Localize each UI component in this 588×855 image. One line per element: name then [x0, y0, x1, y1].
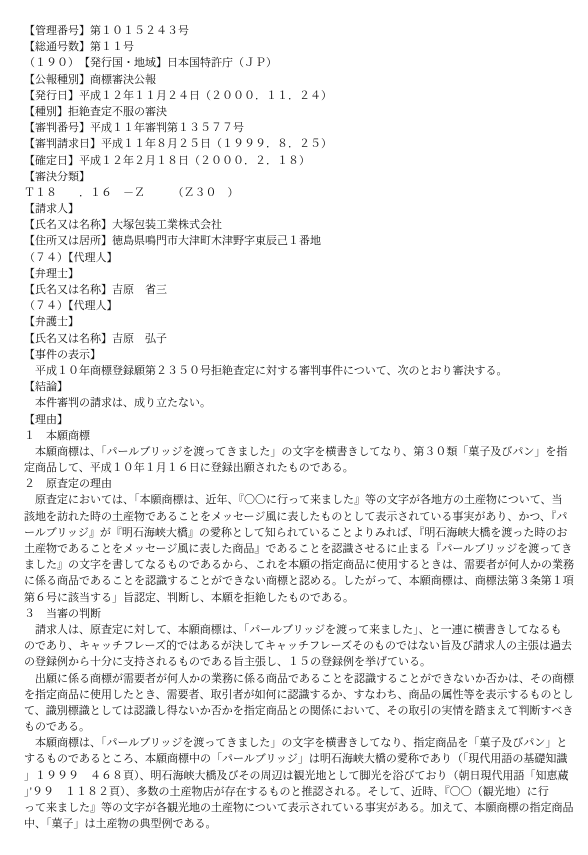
- document-line: って来ました』等の文字が各観光地の土産物について表示されている事実がある。加えて…: [24, 800, 574, 816]
- document-line: 【氏名又は名称】大塚包装工業株式会社: [24, 217, 574, 233]
- document-line: ２ 原査定の理由: [24, 476, 574, 492]
- document-line: 中、「菓子」は土産物の典型例である。: [24, 816, 574, 832]
- document-line: 【理由】: [24, 412, 574, 428]
- document-line: 本願商標は、「パールブリッジを渡ってきました」の文字を横書きしてなり、指定商品を…: [24, 735, 574, 751]
- document-line: （７４）【代理人】: [24, 298, 574, 314]
- document-line: 出願に係る商標が需要者が何人かの業務に係る商品であることを認識することができない…: [24, 671, 574, 687]
- document-line: １ 本願商標: [24, 428, 574, 444]
- document-line: 」１９９９ ４６８頁）、明石海峡大橋及びその周辺は観光地として脚光を浴びており（…: [24, 768, 574, 784]
- document-line: 【審決分類】: [24, 169, 574, 185]
- document-line: 【種別】拒絶査定不服の審決: [24, 104, 574, 120]
- document-line: 【請求人】: [24, 201, 574, 217]
- document-line: 【弁護士】: [24, 314, 574, 330]
- document-line: 【住所又は居所】徳島県鳴門市大津町木津野字東辰己１番地: [24, 233, 574, 249]
- document-line: 【確定日】平成１２年２月１８日（２０００．２．１８）: [24, 153, 574, 169]
- document-line: （１９０） 【発行国・地域】日本国特許庁（ＪＰ）: [24, 55, 574, 71]
- document-line: ールブリッジ』が『明石海峡大橋』の愛称として知られていることよりみれば、『明石海…: [24, 525, 574, 541]
- document-line: ３ 当審の判断: [24, 606, 574, 622]
- document-line: 【総通号数】第１１号: [24, 39, 574, 55]
- document-line: に係る商品であることを認識することができない商標と認める。したがって、本願商標は…: [24, 573, 574, 589]
- document-line: 本件審判の請求は、成り立たない。: [24, 395, 574, 411]
- document-line: 第６号に該当する」旨認定、判断し、本願を拒絶したものである。: [24, 590, 574, 606]
- document-line: のであり、キャッチフレーズ的ではあるが決してキャッチフレーズそのものではない旨及…: [24, 638, 574, 654]
- gazette-page: 【管理番号】第１０１５２４３号【総通号数】第１１号（１９０） 【発行国・地域】日…: [0, 0, 588, 855]
- document-line: 平成１０年商標登録願第２３５０号拒絶査定に対する審判事件について、次のとおり審決…: [24, 363, 574, 379]
- document-line: ものである。: [24, 719, 574, 735]
- document-line: 【結論】: [24, 379, 574, 395]
- document-line: 【審判請求日】平成１１年８月２５日（１９９９．８．２５）: [24, 136, 574, 152]
- document-line: 【事件の表示】: [24, 347, 574, 363]
- document-line: （７４）【代理人】: [24, 250, 574, 266]
- document-line: の登録例から十分に支持されるものである旨主張し、１５の登録例を挙げている。: [24, 654, 574, 670]
- document-line: 請求人は、原査定に対して、本願商標は、「パールブリッジを渡って来ました」、と一連…: [24, 622, 574, 638]
- document-line: 本願商標は、「パールブリッジを渡ってきました」の文字を横書きしてなり、第３０類「…: [24, 444, 574, 460]
- document-line: 【管理番号】第１０１５２４３号: [24, 23, 574, 39]
- document-line: 【審判番号】平成１１年審判第１３５７７号: [24, 120, 574, 136]
- document-line: 【公報種別】商標審決公報: [24, 72, 574, 88]
- document-line: 【発行日】平成１２年１１月２４日（２０００．１１．２４）: [24, 88, 574, 104]
- document-line: 【弁理士】: [24, 266, 574, 282]
- document-line: ました』の文字を書してなるものであるから、これを本願の指定商品に使用するときは、…: [24, 557, 574, 573]
- document-line: Ｔ１８ ．１６ －Ｚ （Ｚ３０ ）: [24, 185, 574, 201]
- document-line: 」’９９ １１８２頁）、多数の土産物店が存在するものと推認される。そして、近時、…: [24, 784, 574, 800]
- document-line: 【氏名又は名称】吉原 省三: [24, 282, 574, 298]
- document-line: 原査定においては、「本願商標は、近年、『〇〇に行って来ました』等の文字が各地方の…: [24, 492, 574, 508]
- document-line: を指定商品に使用したとき、需要者、取引者が如何に認識するか、すなわち、商品の属性…: [24, 687, 574, 703]
- document-line: 土産物であることをメッセージ風に表した商品』であることを認識させるに止まる『パー…: [24, 541, 574, 557]
- document-body: 【管理番号】第１０１５２４３号【総通号数】第１１号（１９０） 【発行国・地域】日…: [24, 23, 574, 832]
- document-line: 該地を訪れた時の土産物であることをメッセージ風に表したものとして表示されている事…: [24, 509, 574, 525]
- document-line: て、識別標識としては認識し得ないか否かを指定商品との関係において、その取引の実情…: [24, 703, 574, 719]
- document-line: するものであるところ、本願商標中の「パールブリッジ」は明石海峡大橋の愛称であり（…: [24, 751, 574, 767]
- document-line: 【氏名又は名称】吉原 弘子: [24, 331, 574, 347]
- document-line: 定商品して、平成１０年１月１６日に登録出願されたものである。: [24, 460, 574, 476]
